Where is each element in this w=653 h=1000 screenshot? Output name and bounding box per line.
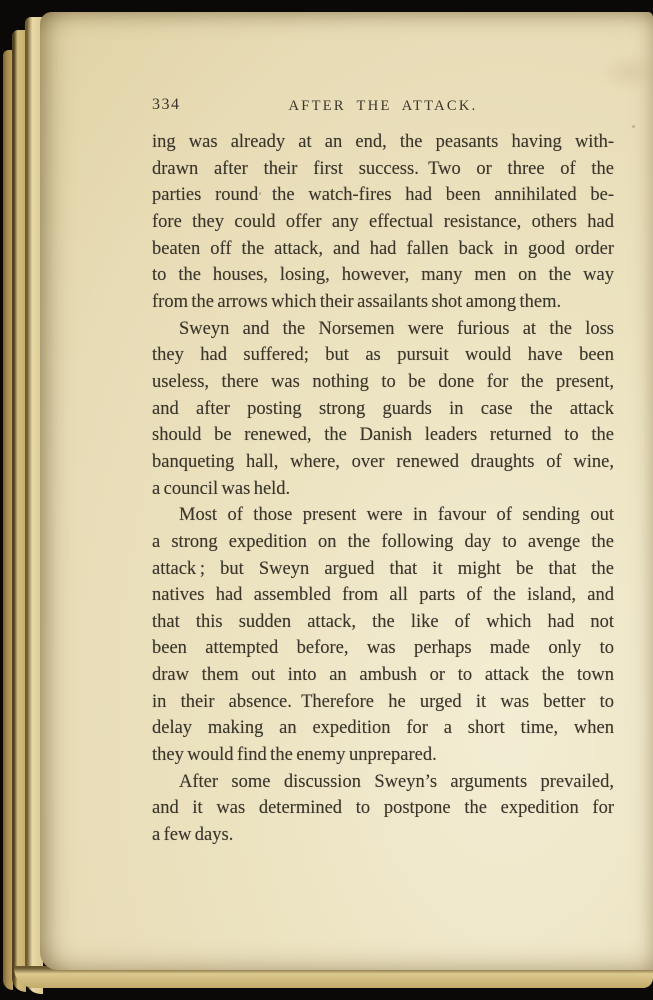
text-line: Most of those present were in favour of … [152,502,614,529]
paper-speck [259,192,261,195]
text-line: they had suffered; but as pursuit would … [152,342,614,369]
scanned-book-photo: 334 AFTER THE ATTACK. ing was already at… [0,0,653,1000]
page-header: 334 AFTER THE ATTACK. [152,96,614,118]
text-line: been attempted before, was perhaps made … [152,635,614,662]
text-line: beaten off the attack, and had fallen ba… [152,236,614,263]
text-line: banqueting hall, where, over renewed dra… [152,449,614,476]
text-line: a few days. [152,822,614,849]
text-line: to the houses, losing, however, many men… [152,262,614,289]
text-line: they would find the enemy unprepared. [152,742,614,769]
text-line: natives had assembled from all parts of … [152,582,614,609]
text-line: draw them out into an ambush or to attac… [152,662,614,689]
text-line: and it was determined to postpone the ex… [152,795,614,822]
text-line: attack ; but Sweyn argued that it might … [152,556,614,583]
paper-speck [632,125,635,128]
text-line: that this sudden attack, the like of whi… [152,609,614,636]
paper-smudge [600,52,653,92]
text-line: and after posting strong guards in case … [152,396,614,423]
book-page: 334 AFTER THE ATTACK. ing was already at… [40,12,653,970]
text-line: After some discussion Sweyn’s arguments … [152,769,614,796]
text-line: should be renewed, the Danish leaders re… [152,422,614,449]
text-line: fore they could offer any effectual resi… [152,209,614,236]
text-line: delay making an expedition for a short t… [152,715,614,742]
paper-speck [392,757,395,760]
text-line: drawn after their first success. Two or … [152,156,614,183]
text-line: Sweyn and the Norsemen were furious at t… [152,316,614,343]
text-line: a strong expedition on the following day… [152,529,614,556]
text-line: a council was held. [152,476,614,503]
text-line: from the arrows which their assailants s… [152,289,614,316]
page-body: ing was already at an end, the peasants … [152,129,614,849]
text-line: useless, there was nothing to be done fo… [152,369,614,396]
book-page-edge-middle [12,30,26,992]
running-title: AFTER THE ATTACK. [152,98,614,115]
text-line: in their absence. Therefore he urged it … [152,689,614,716]
text-line: ing was already at an end, the peasants … [152,129,614,156]
text-line: parties round the watch-fires had been a… [152,182,614,209]
